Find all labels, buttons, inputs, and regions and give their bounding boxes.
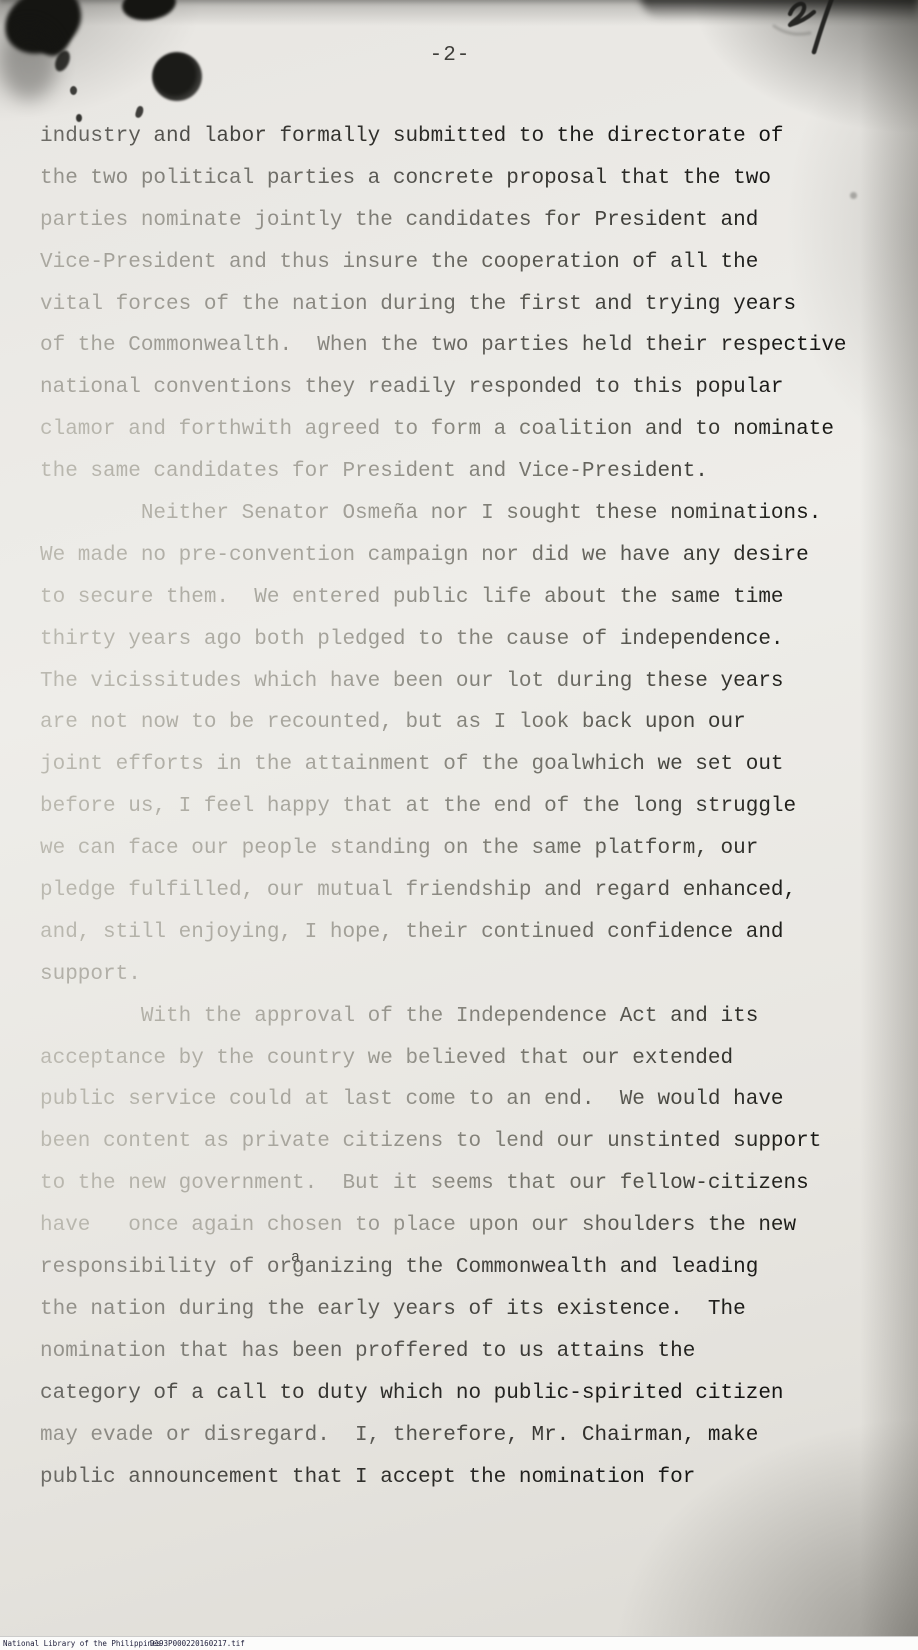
typed-line: have once again chosen to place upon our… (40, 1205, 880, 1247)
typed-line: nomination that has been proffered to us… (40, 1331, 880, 1373)
typed-line: support. (40, 954, 880, 996)
typed-line: to secure them. We entered public life a… (40, 577, 880, 619)
typed-line: acceptance by the country we believed th… (40, 1038, 880, 1080)
handwritten-mark (768, 0, 864, 68)
typed-line: and, still enjoying, I hope, their conti… (40, 912, 880, 954)
typed-line: public announcement that I accept the no… (40, 1457, 880, 1499)
typed-line: pledge fulfilled, our mutual friendship … (40, 870, 880, 912)
typed-line: may evade or disregard. I, therefore, Mr… (40, 1415, 880, 1457)
typed-line: industry and labor formally submitted to… (40, 116, 880, 158)
typed-line: the two political parties a concrete pro… (40, 158, 880, 200)
ink-blot (152, 52, 202, 101)
typed-text-block: industry and labor formally submitted to… (40, 116, 880, 1498)
footer-filename: D193P000220160217.tif (150, 1638, 245, 1649)
typed-line: With the approval of the Independence Ac… (40, 996, 880, 1038)
typed-line: parties nominate jointly the candidates … (40, 200, 880, 242)
typed-line: We made no pre-convention campaign nor d… (40, 535, 880, 577)
typed-line: been content as private citizens to lend… (40, 1121, 880, 1163)
ink-blot (0, 26, 58, 100)
typed-insertion-mark: a (291, 1249, 300, 1266)
typed-line: The vicissitudes which have been our lot… (40, 661, 880, 703)
typed-line: the same candidates for President and Vi… (40, 451, 880, 493)
typed-line: responsibility of organizing the Commonw… (40, 1247, 880, 1289)
ink-blot (120, 0, 178, 24)
typed-line: category of a call to duty which no publ… (40, 1373, 880, 1415)
document-page: -2- industry and labor formally submitte… (0, 0, 918, 1650)
typed-line: joint efforts in the attainment of the g… (40, 744, 880, 786)
typed-line: the nation during the early years of its… (40, 1289, 880, 1331)
typed-line: before us, I feel happy that at the end … (40, 786, 880, 828)
typed-line: of the Commonwealth. When the two partie… (40, 325, 880, 367)
scan-footer-bar: National Library of the Philippines D193… (0, 1636, 918, 1650)
typed-line: clamor and forthwith agreed to form a co… (40, 409, 880, 451)
page-number: -2- (380, 44, 520, 67)
footer-library-label: National Library of the Philippines (3, 1638, 161, 1649)
typed-line: to the new government. But it seems that… (40, 1163, 880, 1205)
typed-line: Vice-President and thus insure the coope… (40, 242, 880, 284)
typed-line: vital forces of the nation during the fi… (40, 284, 880, 326)
typed-line: national conventions they readily respon… (40, 367, 880, 409)
typed-line: public service could at last come to an … (40, 1079, 880, 1121)
typed-line: Neither Senator Osmeña nor I sought thes… (40, 493, 880, 535)
ink-drip (70, 86, 77, 95)
typed-line: thirty years ago both pledged to the cau… (40, 619, 880, 661)
typed-line: we can face our people standing on the s… (40, 828, 880, 870)
typed-line: are not now to be recounted, but as I lo… (40, 702, 880, 744)
